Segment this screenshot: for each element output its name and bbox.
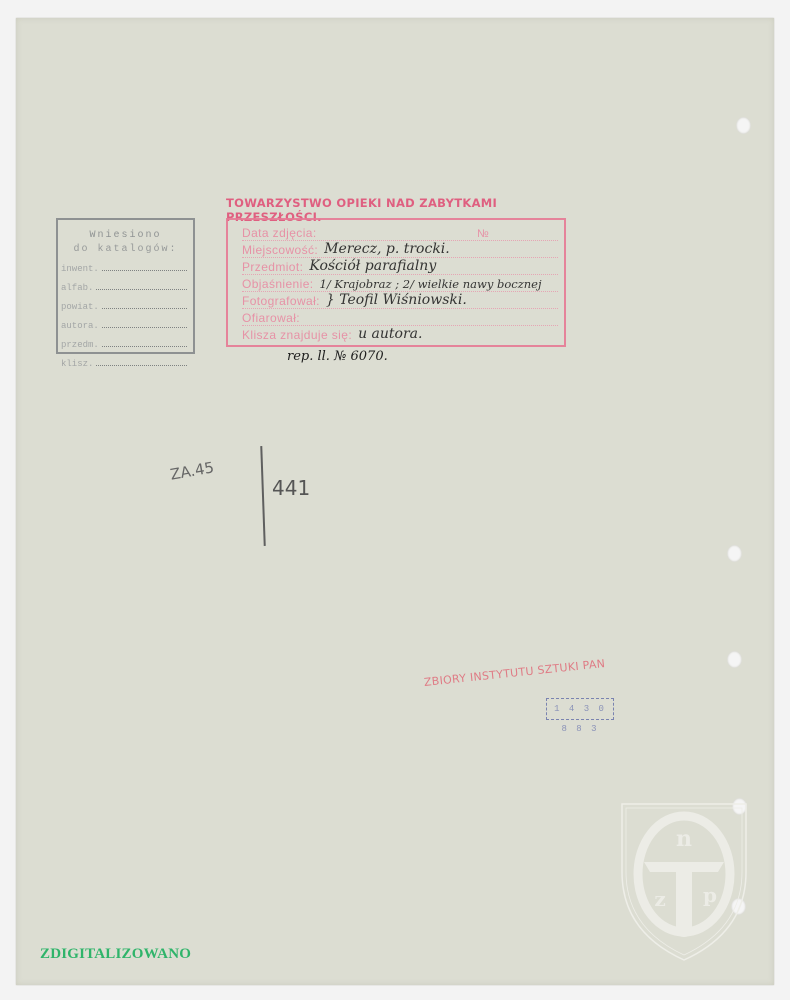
number-label: № xyxy=(477,228,489,240)
svg-text:p: p xyxy=(703,883,717,907)
tozp-stamp: Data zdjęcia: № Miejscowość: Merecz, p. … xyxy=(226,218,566,347)
catalog-stamp-title: Wniesiono xyxy=(58,230,193,241)
field-donor: Ofiarował: xyxy=(242,308,558,326)
pencil-number: 441 xyxy=(272,476,310,500)
digitized-stamp: ZDIGITALIZOWANO xyxy=(40,946,191,963)
tozp-watermark-logo: n z p xyxy=(620,802,750,962)
catalog-field: autora. xyxy=(61,312,187,331)
field-photographer: Fotografował: } Teofil Wiśniowski. xyxy=(242,291,558,309)
catalog-field: alfab. xyxy=(61,274,187,293)
field-photo-date: Data zdjęcia: № xyxy=(242,223,558,241)
inventory-number-stamp: 1 4 3 0 8 8 3 xyxy=(546,698,614,720)
svg-text:n: n xyxy=(676,826,692,852)
punch-hole xyxy=(727,545,742,562)
catalog-stamp: Wniesiono do katalogów: inwent. alfab. p… xyxy=(56,218,195,354)
catalog-field: klisz. xyxy=(61,350,187,369)
handwritten-reference: rep. ll. № 6070. xyxy=(287,349,388,364)
field-negative-location: Klisza znajduje się: u autora. xyxy=(242,325,558,342)
catalog-field: przedm. xyxy=(61,331,187,350)
punch-hole xyxy=(727,651,742,668)
catalog-field: inwent. xyxy=(61,255,187,274)
catalog-field: powiat. xyxy=(61,293,187,312)
catalog-stamp-subtitle: do katalogów: xyxy=(58,244,193,255)
field-subject: Przedmiot: Kościół parafialny xyxy=(242,257,558,275)
punch-hole xyxy=(736,117,751,134)
field-description: Objaśnienie: 1/ Krajobraz ; 2/ wielkie n… xyxy=(242,274,558,292)
field-location: Miejscowość: Merecz, p. trocki. xyxy=(242,240,558,258)
svg-text:z: z xyxy=(654,887,665,911)
